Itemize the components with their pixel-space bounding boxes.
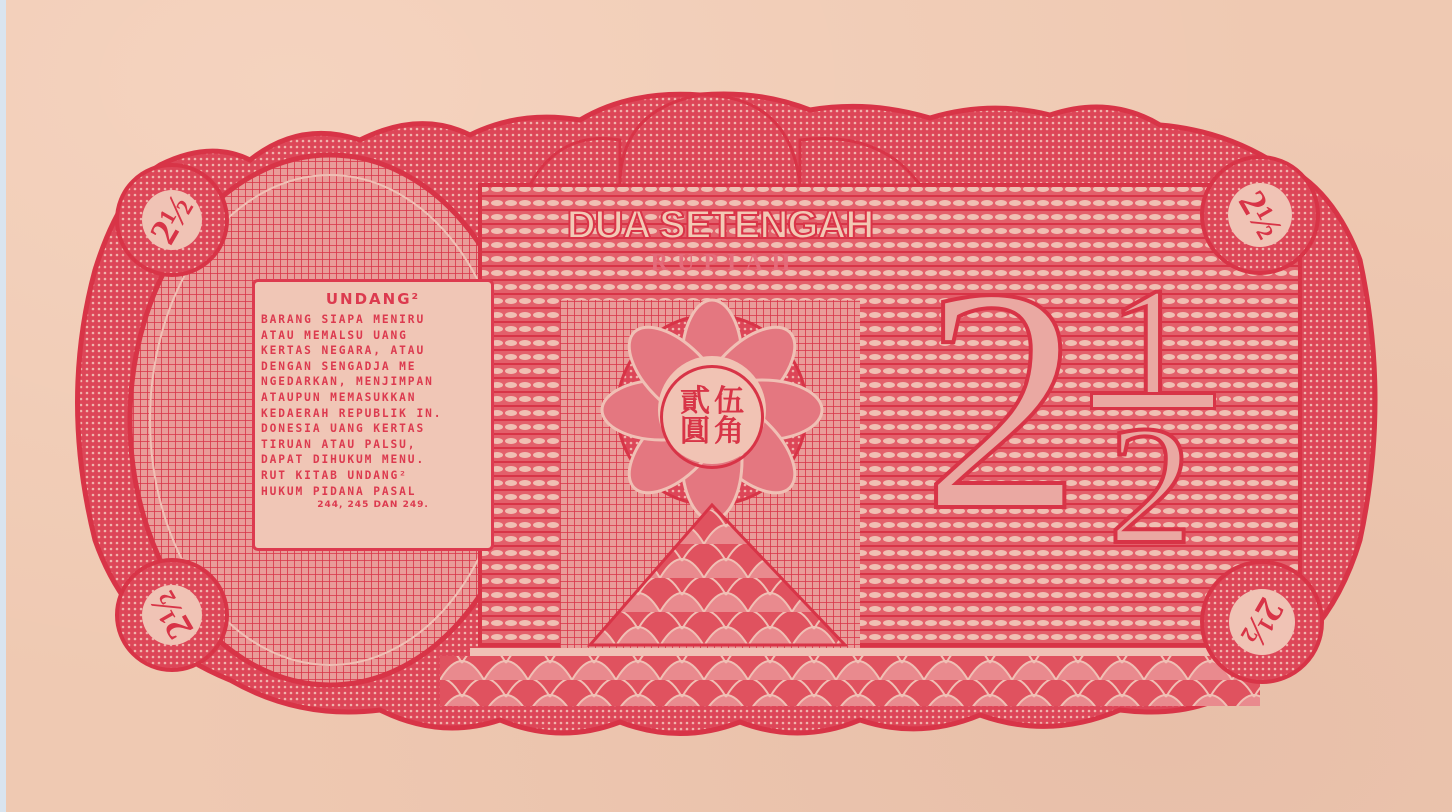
law-notice-line: ATAUPUN MEMASUKKAN [261,390,485,406]
denomination-title: DUA SETENGAH [520,203,920,248]
law-notice-line: DENGAN SENGADJA ME [261,359,485,375]
law-notice-box: UNDANG² BARANG SIAPA MENIRU ATAU MEMALSU… [252,279,494,551]
currency-label: RUPIAH [590,250,860,277]
law-notice-line: BARANG SIAPA MENIRU [261,312,485,328]
law-notice-line: TIRUAN ATAU PALSU, [261,437,485,453]
law-notice-line: HUKUM PIDANA PASAL [261,484,485,500]
law-notice-line: NGEDARKAN, MENJIMPAN [261,374,485,390]
denomination-fraction-denominator: 2 [1108,400,1193,570]
law-notice-line: DONESIA UANG KERTAS [261,421,485,437]
denomination-numeral-whole: 2 [922,240,1082,560]
law-notice-line: KERTAS NEGARA, ATAU [261,343,485,359]
seal-glyph: 圓 [680,417,710,447]
law-notice-line: DAPAT DIHUKUM MENU. [261,452,485,468]
law-notice-line: ATAU MEMALSU UANG [261,328,485,344]
seal-glyph: 伍 [714,387,744,417]
law-notice-line: RUT KITAB UNDANG² [261,468,485,484]
law-notice-line: KEDAERAH REPUBLIK IN. [261,406,485,422]
law-notice-title: UNDANG² [261,290,485,308]
seal-glyph: 貳 [680,387,710,417]
denomination-seal: 貳 圓 伍 角 [660,365,764,469]
seal-glyph: 角 [714,417,744,447]
law-notice-footer: 244, 245 DAN 249. [261,500,485,510]
